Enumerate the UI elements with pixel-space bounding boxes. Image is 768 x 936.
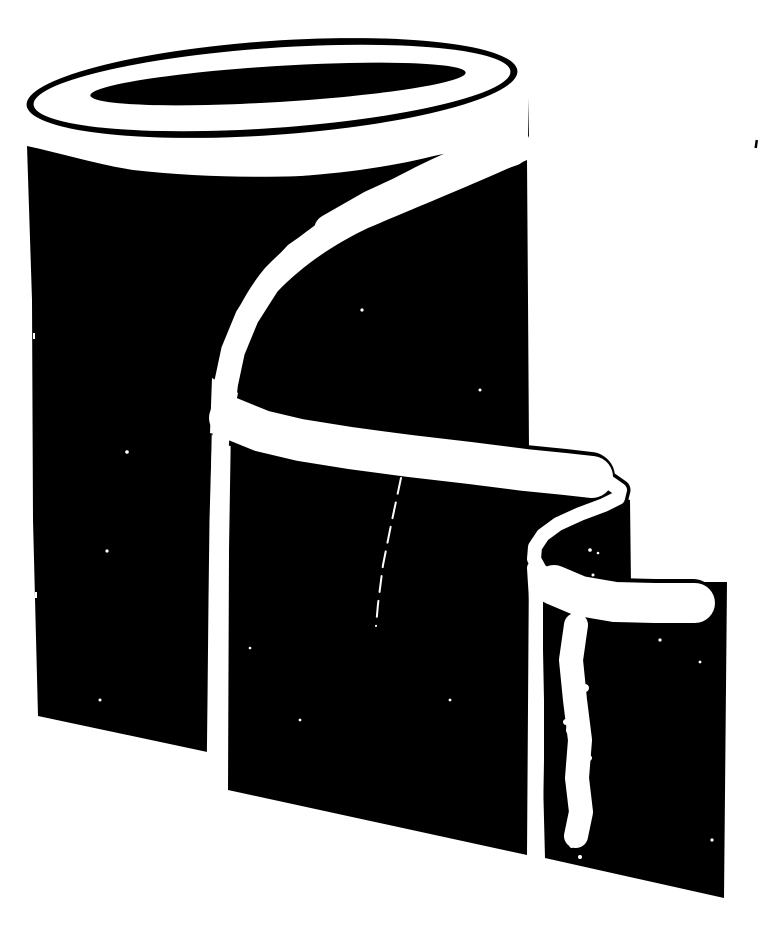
highlight-blob — [581, 684, 589, 692]
illustration-figure: Partially unrolled roll of sheet materia… — [0, 0, 768, 936]
speck — [360, 308, 363, 311]
sheet-gap-stripe — [534, 568, 537, 852]
speck — [125, 450, 129, 454]
tangent-gap-stripe — [215, 408, 223, 786]
highlight-blob — [569, 842, 575, 848]
speck — [299, 719, 302, 722]
lower-sheet-top-band — [554, 585, 695, 603]
speck — [699, 661, 702, 664]
speck — [449, 699, 452, 702]
highlight-blob — [586, 755, 592, 761]
edge-tick — [33, 333, 35, 339]
highlight-streak-edge — [572, 648, 578, 730]
speck — [588, 548, 592, 552]
highlight-blob — [578, 855, 582, 859]
speck — [592, 574, 595, 577]
ink-dot — [298, 414, 300, 416]
edge-tick — [35, 592, 37, 598]
speck — [597, 552, 600, 555]
highlight-blob — [563, 719, 569, 725]
speck — [479, 389, 482, 392]
ink-dot — [289, 411, 292, 414]
speck — [249, 647, 252, 650]
speck — [105, 549, 108, 552]
speck — [710, 838, 713, 841]
unrolling-roll-illustration: Partially unrolled roll of sheet materia… — [0, 0, 768, 936]
speck — [99, 699, 102, 702]
speck — [658, 638, 661, 641]
